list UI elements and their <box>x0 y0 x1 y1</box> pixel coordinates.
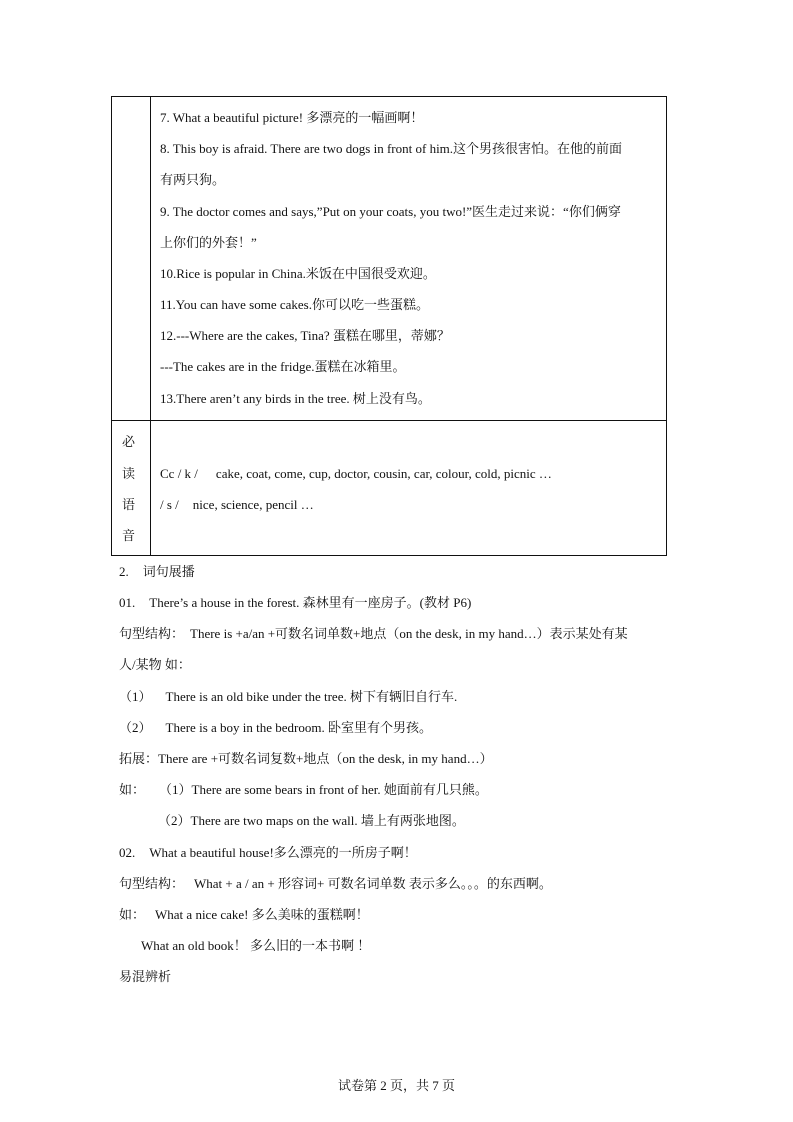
extension-example-line: （2）There are two maps on the wall. 墙上有两张… <box>158 813 465 829</box>
phonics-label-cell: 必 读 语 音 <box>112 421 151 555</box>
point-sentence-text: There’s a house in the forest. 森林里有一座房子。… <box>149 595 471 610</box>
table-row-sentences: 7. What a beautiful picture! 多漂亮的一幅画啊！ 8… <box>112 97 666 420</box>
sentence-line: 10.Rice is popular in China.米饭在中国很受欢迎。 <box>160 266 436 282</box>
extension-example-line: 如：（1）There are some bears in front of he… <box>119 782 488 798</box>
example-line: （1）There is an old bike under the tree. … <box>119 689 457 705</box>
structure-text: What + a / an + 形容词+ 可数名词单数 表示多么。。。的东西啊。 <box>194 876 552 891</box>
examples-label: 如： <box>119 782 145 797</box>
point2-example-line: What an old book！ 多么旧的一本书啊 ！ <box>141 938 370 954</box>
document-page: 7. What a beautiful picture! 多漂亮的一幅画啊！ 8… <box>0 0 793 1122</box>
section-number: 2. <box>119 564 129 579</box>
phonics-line: Cc / k /cake, coat, come, cup, doctor, c… <box>160 466 552 482</box>
phonics-line: / s /nice, science, pencil … <box>160 497 314 513</box>
phonics-cell: Cc / k /cake, coat, come, cup, doctor, c… <box>151 421 666 555</box>
phonics-label-char: 必 <box>122 434 135 450</box>
phonics-label-char: 音 <box>122 528 135 544</box>
point2-structure: 句型结构：What + a / an + 形容词+ 可数名词单数 表示多么。。。… <box>119 876 552 892</box>
sentence-line: 8. This boy is afraid. There are two dog… <box>160 141 622 157</box>
sentence-line: 11.You can have some cakes.你可以吃一些蛋糕。 <box>160 297 429 313</box>
structure-label: 句型结构： <box>119 876 184 891</box>
example-text: There is a boy in the bedroom. 卧室里有个男孩。 <box>166 720 432 735</box>
table-row-phonics: 必 读 语 音 Cc / k /cake, coat, come, cup, d… <box>112 420 666 555</box>
vocab-table: 7. What a beautiful picture! 多漂亮的一幅画啊！ 8… <box>111 96 667 556</box>
sentence-line: 9. The doctor comes and says,”Put on you… <box>160 204 621 220</box>
sentence-line: ---The cakes are in the fridge.蛋糕在冰箱里。 <box>160 359 405 375</box>
examples-label: 如： <box>119 907 145 922</box>
structure-text: There is +a/an +可数名词单数+地点（on the desk, i… <box>190 626 628 641</box>
example-text: There is an old bike under the tree. 树下有… <box>166 689 458 704</box>
extension-line: 拓展：There are +可数名词复数+地点（on the desk, in … <box>119 751 493 767</box>
extension-text: There are +可数名词复数+地点（on the desk, in my … <box>158 751 493 766</box>
page-footer: 试卷第 2 页，共 7 页 <box>0 1078 793 1094</box>
example-number: （1） <box>119 689 152 704</box>
point-number: 01. <box>119 595 135 610</box>
point1-structure: 句型结构：There is +a/an +可数名词单数+地点（on the de… <box>119 626 628 642</box>
sentence-line: 有两只狗。 <box>160 172 225 188</box>
phonics-words: cake, coat, come, cup, doctor, cousin, c… <box>216 466 552 481</box>
example-number: （2） <box>119 720 152 735</box>
structure-label: 句型结构： <box>119 626 184 641</box>
point1-sentence: 01.There’s a house in the forest. 森林里有一座… <box>119 595 471 611</box>
point2-sentence: 02.What a beautiful house!多么漂亮的一所房子啊！ <box>119 845 417 861</box>
phonics-words: nice, science, pencil … <box>193 497 314 512</box>
sentence-line: 12.---Where are the cakes, Tina? 蛋糕在哪里，蒂… <box>160 328 450 344</box>
sentence-line: 13.There aren’t any birds in the tree. 树… <box>160 391 431 407</box>
sentences-cell: 7. What a beautiful picture! 多漂亮的一幅画啊！ 8… <box>151 97 666 420</box>
phonics-label-char: 语 <box>122 497 135 513</box>
extension-example-text: （1）There are some bears in front of her.… <box>159 782 488 797</box>
example-line: （2）There is a boy in the bedroom. 卧室里有个男… <box>119 720 432 736</box>
confusion-heading: 易混辨析 <box>119 969 171 985</box>
extension-label: 拓展： <box>119 751 158 766</box>
example-text: What a nice cake! 多么美味的蛋糕啊！ <box>155 907 369 922</box>
phonics-sound: Cc / k / <box>160 466 198 481</box>
phonics-sound: / s / <box>160 497 179 512</box>
sentence-line: 上你们的外套！” <box>160 235 257 251</box>
phonics-label-char: 读 <box>122 466 135 482</box>
point1-structure-cont: 人/某物 如： <box>119 657 191 673</box>
sentence-line: 7. What a beautiful picture! 多漂亮的一幅画啊！ <box>160 110 423 126</box>
section-title: 词句展播 <box>143 564 195 579</box>
point2-example-line: 如：What a nice cake! 多么美味的蛋糕啊！ <box>119 907 369 923</box>
section-heading: 2.词句展播 <box>119 564 195 580</box>
point-sentence-text: What a beautiful house!多么漂亮的一所房子啊！ <box>149 845 417 860</box>
row-label-cell <box>112 97 151 420</box>
point-number: 02. <box>119 845 135 860</box>
